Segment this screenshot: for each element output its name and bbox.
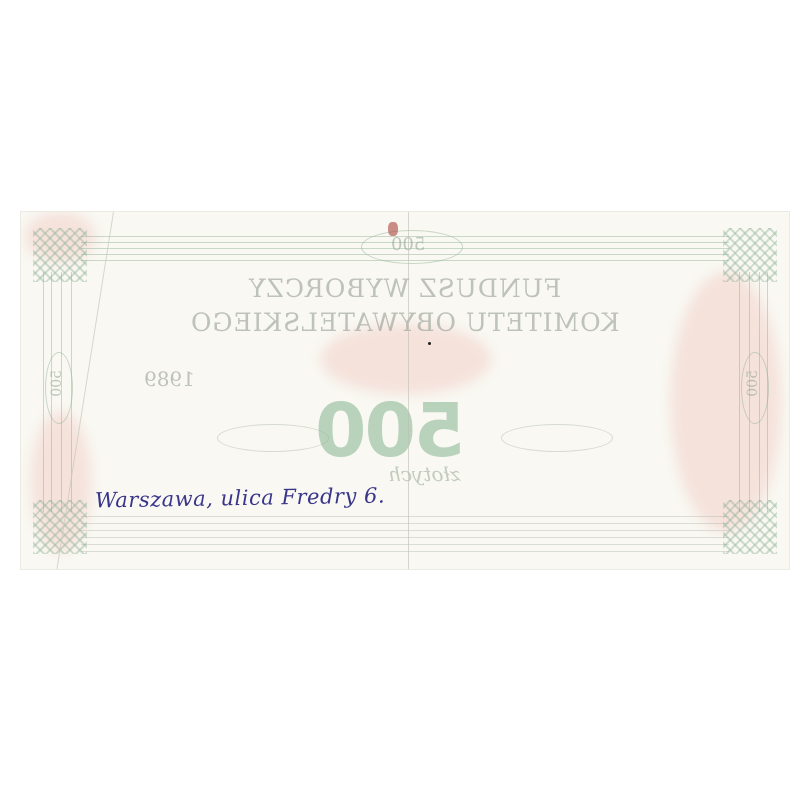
swirl-ornament xyxy=(501,424,613,452)
currency-label: złotych xyxy=(388,462,460,486)
stain xyxy=(388,222,398,236)
year-label: 1989 xyxy=(144,367,195,391)
ink-dot xyxy=(428,342,431,345)
title-line-1: FUNDUSZ WYBORCZY xyxy=(248,274,561,303)
swirl-ornament xyxy=(217,424,329,452)
banknote: 500 FUNDUSZ WYBORCZY KOMITETU OBYWATELSK… xyxy=(21,212,789,569)
side-value-left: 500 xyxy=(49,370,65,397)
handwritten-address: Warszawa, ulica Fredry 6. xyxy=(95,483,385,512)
fold-crease xyxy=(408,212,409,569)
side-value-right: 500 xyxy=(745,370,761,397)
celtic-knot-icon xyxy=(723,500,777,554)
title-line-2: KOMITETU OBYWATELSKIEGO xyxy=(190,308,620,337)
fine-print-lines xyxy=(81,516,729,552)
